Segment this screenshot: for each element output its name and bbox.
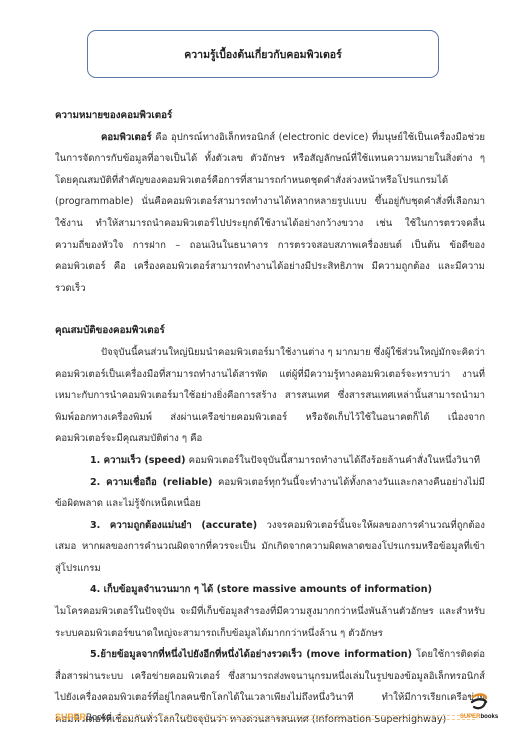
property-text-block: ไมโครคอมพิวเตอร์ในปัจจุบัน จะมีที่เก็บข้… bbox=[55, 601, 485, 644]
footer-bar: SUPERBooks bbox=[55, 710, 475, 724]
property-text: คอมพิวเตอร์ในปัจจุบันนี้สามารถทำงานได้ถึ… bbox=[186, 455, 480, 466]
superbooks-logo: SUPERbooks bbox=[458, 692, 500, 728]
superbooks-swirl-icon bbox=[469, 692, 489, 712]
footer-brand-books: Books bbox=[86, 712, 111, 722]
page-title: ความรู้เบื้องต้นเกี่ยวกับคอมพิวเตอร์ bbox=[184, 46, 342, 63]
property-label: 1. ความเร็ว (speed) bbox=[90, 455, 186, 466]
document-body: ความหมายของคอมพิวเตอร์ คอมพิวเตอร์ คือ อ… bbox=[55, 105, 485, 731]
page-title-box: ความรู้เบื้องต้นเกี่ยวกับคอมพิวเตอร์ bbox=[87, 30, 439, 78]
property-label: 4. เก็บข้อมูลจำนวนมาก ๆ ได้ (store massi… bbox=[90, 584, 432, 595]
property-label: 2. ความเชื่อถือ (reliable) bbox=[90, 477, 212, 488]
property-label: 5.ย้ายข้อมูลจากที่หนึ่งไปยังอีกที่หนึ่งไ… bbox=[90, 649, 412, 660]
property-item: 3. ความถูกต้องแม่นยำ (accurate) วงจรคอมพ… bbox=[55, 515, 485, 580]
properties-intro: ปัจจุบันนี้คนส่วนใหญ่นิยมนำคอมพิวเตอร์มา… bbox=[55, 342, 485, 450]
definition-paragraph: คอมพิวเตอร์ คือ อุปกรณ์ทางอิเล็กทรอนิกส์… bbox=[55, 127, 485, 300]
section-heading-definition: ความหมายของคอมพิวเตอร์ bbox=[55, 105, 485, 127]
footer-brand-super: SUPER bbox=[55, 712, 86, 722]
property-label: 3. ความถูกต้องแม่นยำ (accurate) bbox=[90, 520, 257, 531]
section-heading-properties: คุณสมบัติของคอมพิวเตอร์ bbox=[55, 320, 485, 342]
property-item: 2. ความเชื่อถือ (reliable) คอมพิวเตอร์ทุ… bbox=[55, 472, 485, 515]
logo-text: SUPERbooks bbox=[460, 714, 498, 720]
definition-text: คือ อุปกรณ์ทางอิเล็กทรอนิกส์ (electronic… bbox=[55, 132, 485, 294]
property-item-heading: 4. เก็บข้อมูลจำนวนมาก ๆ ได้ (store massi… bbox=[55, 579, 485, 601]
lead-term: คอมพิวเตอร์ bbox=[101, 132, 152, 143]
property-item: 1. ความเร็ว (speed) คอมพิวเตอร์ในปัจจุบั… bbox=[55, 450, 485, 472]
footer-divider bbox=[115, 715, 475, 720]
